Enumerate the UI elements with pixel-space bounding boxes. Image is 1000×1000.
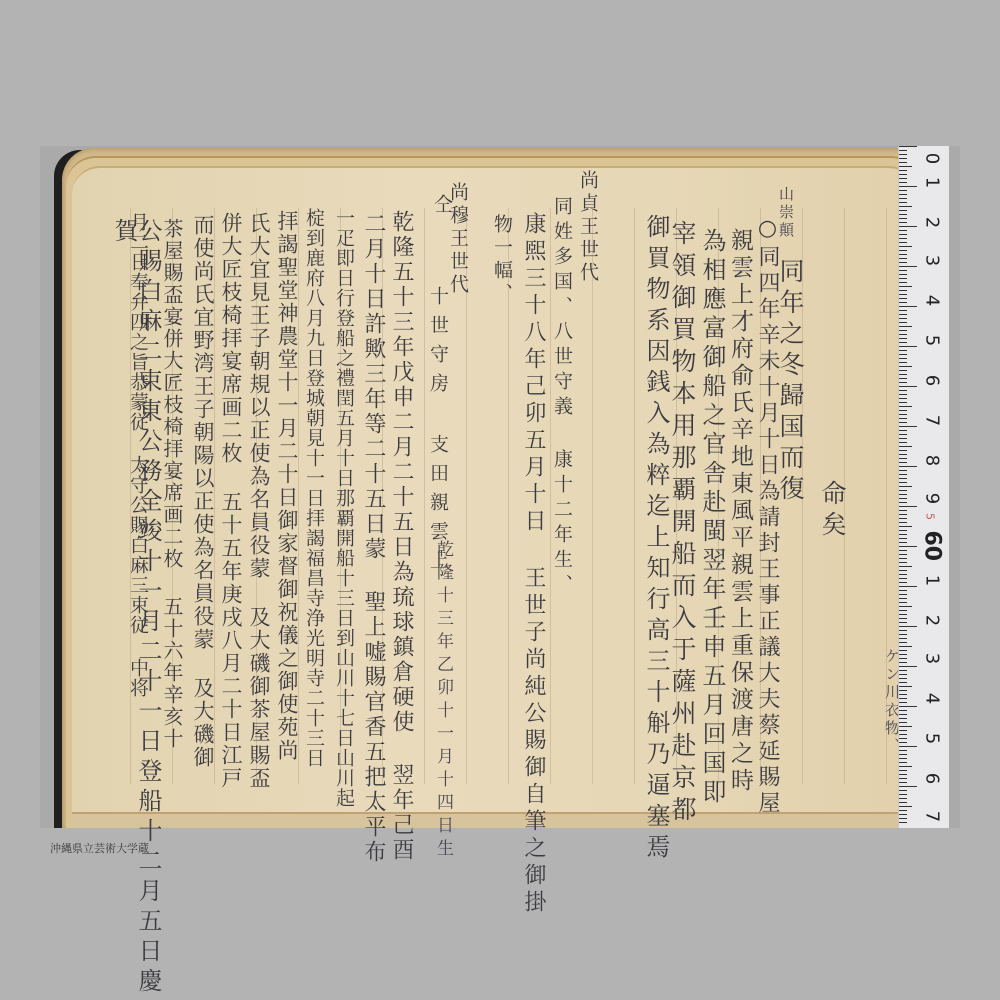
ruler-tick	[899, 726, 912, 727]
ruler-tick	[899, 146, 917, 147]
ruler-tick	[899, 478, 907, 479]
ruler-tick	[899, 810, 907, 811]
ruler-tick	[899, 518, 907, 519]
ruler-tick	[899, 766, 912, 767]
ruler-tick	[899, 718, 907, 719]
ruler-tick	[899, 166, 912, 167]
ruler-tick	[899, 218, 907, 219]
ruler-tick	[899, 330, 907, 331]
ruler-tick	[899, 558, 907, 559]
text-column: 而使尚氏宜野湾王子朝陽以正使為名員役蒙 及大磯御	[192, 214, 213, 769]
ruler-tick	[899, 262, 907, 263]
ruler-tick	[899, 358, 907, 359]
ruler-tick	[899, 402, 907, 403]
ruler-label: 4	[922, 687, 943, 711]
ruler-tick	[899, 314, 907, 315]
text-column: 茶屋賜盃宴併大匠枝椅拝宴席画二枚 五十六年辛亥十	[162, 218, 182, 750]
ruler-tick	[899, 482, 907, 483]
ruler-tick	[899, 450, 907, 451]
ruler-tick	[899, 818, 907, 819]
text-column: 同年之冬歸国而復	[778, 258, 803, 506]
ruler-tick	[899, 670, 907, 671]
text-column: 宰領御買物本用那覇開船而入于薩州赴京都	[670, 220, 695, 828]
ruler-tick	[899, 230, 907, 231]
ruler-tick	[899, 682, 907, 683]
ruler-tick	[899, 338, 907, 339]
ruler-tick	[899, 286, 912, 287]
ruler-tick	[899, 490, 907, 491]
ruler-tick	[899, 742, 907, 743]
text-column: 命矣	[820, 480, 845, 542]
ruler-tick	[899, 750, 907, 751]
ruler-tick	[899, 674, 907, 675]
ruler-tick	[899, 442, 907, 443]
ruler-tick	[899, 398, 907, 399]
ruler-tick	[899, 466, 917, 467]
ruler-tick	[899, 538, 907, 539]
ruler-tick	[899, 390, 907, 391]
ruler-tick	[899, 178, 907, 179]
ruler-tick	[899, 294, 907, 295]
text-column: 氏大宜見王子朝規以正使為名員役蒙 及大磯御茶屋賜盃	[248, 212, 269, 790]
ruler-tick	[899, 474, 907, 475]
text-column: 椗到鹿府八月九日登城朝見十一日拝謁福昌寺浄光明寺二十三日	[304, 208, 323, 768]
ruler-tick	[899, 630, 907, 631]
text-column: 公賜白麻二束東公務全竣十一月二十一日登船十二月五日慶賀	[112, 218, 160, 1000]
ruler-tick	[899, 686, 912, 687]
ruler-tick	[899, 202, 907, 203]
ruler-tick	[899, 498, 907, 499]
ruler-tick	[899, 206, 912, 207]
text-column: 乾隆十三年乙卯十一月十四日生	[434, 540, 451, 862]
ruler-tick	[899, 694, 907, 695]
ruler-tick	[899, 254, 907, 255]
ruler-tick	[899, 798, 907, 799]
ruler-tick	[899, 258, 907, 259]
ruler-tick	[899, 502, 907, 503]
ruler-tick	[899, 702, 907, 703]
ruler-tick	[899, 370, 907, 371]
ruler-tick	[899, 150, 907, 151]
ruler-tick	[899, 754, 907, 755]
ruler-label: 1	[922, 171, 943, 195]
ruler-tick	[899, 794, 907, 795]
ruler-tick	[899, 346, 917, 347]
ruler-tick	[899, 546, 917, 547]
ruler-tick	[899, 734, 907, 735]
text-column: 十世守房 支田親雲上	[428, 286, 447, 579]
text-column: 康煕三十八年己卯五月十日 王世子尚純公賜御自筆之御掛	[522, 212, 544, 917]
ruler-tick	[899, 514, 907, 515]
ruler-tick	[899, 786, 917, 787]
ruler-tick	[899, 302, 907, 303]
ruler-tick	[899, 758, 907, 759]
text-column: 為相應富御船之官舎赴閩翌年壬申五月回国即	[700, 228, 724, 808]
ruler-tick	[899, 602, 907, 603]
ruler-tick	[899, 698, 907, 699]
ruler-tick	[899, 562, 907, 563]
ruler-tick	[899, 598, 907, 599]
ruler-tick	[899, 530, 907, 531]
ruler-tick	[899, 418, 907, 419]
ruler-tick	[899, 322, 907, 323]
ruler-tick	[899, 182, 907, 183]
ruler-tick	[899, 710, 907, 711]
ruler-tick	[899, 594, 907, 595]
ruler-tick	[899, 510, 907, 511]
ruler-label: 2	[922, 211, 943, 235]
text-column: 御買物系因銭入為粹迄上知行高三十斛乃逼塞焉	[644, 214, 668, 865]
ruler-tick	[899, 242, 907, 243]
ruler-tick	[899, 610, 907, 611]
ruler-tick	[899, 790, 907, 791]
ruler-tick	[899, 454, 907, 455]
text-column: 拝謁聖堂神農堂十一月二十日御家督御祝儀之御使苑尚	[276, 210, 297, 762]
ruler-tick	[899, 238, 907, 239]
ruler-tick	[899, 526, 912, 527]
ruler-label: 5	[922, 727, 943, 751]
ruler-tick	[899, 618, 907, 619]
ruler-label: 0	[922, 147, 943, 171]
ruler-tick	[899, 318, 907, 319]
ruler-tick	[899, 706, 917, 707]
ruler-tick	[899, 382, 907, 383]
ruler-tick	[899, 406, 912, 407]
ruler-tick	[899, 426, 917, 427]
ruler-tick	[899, 722, 907, 723]
ruler-tick	[899, 378, 907, 379]
text-column: 二月十日許歟三年等二十五日蒙 聖上嘘賜官香五把太平布	[362, 212, 384, 865]
ruler-tick	[899, 678, 907, 679]
ruler-tick	[899, 586, 917, 587]
ruler-marker: 5	[924, 505, 937, 529]
ruler-tick	[899, 658, 907, 659]
text-column: 一疋即日行登船之禮閏五月十日那覇開船十三日到山川十七日山川起	[334, 208, 353, 808]
ruler-tick	[899, 746, 917, 747]
ruler-tick	[899, 582, 907, 583]
ruler-tick	[899, 566, 912, 567]
ruler-tick	[899, 650, 907, 651]
ruler-tick	[899, 782, 907, 783]
ruler-tick	[899, 414, 907, 415]
ruler-tick	[899, 666, 917, 667]
ruler-tick	[899, 214, 907, 215]
ruler-tick	[899, 614, 907, 615]
ruler-tick	[899, 438, 907, 439]
ruler-tick	[899, 730, 907, 731]
ruler-tick	[899, 822, 907, 823]
ruler-tick	[899, 778, 907, 779]
ruler-label: 60	[920, 531, 945, 555]
text-column: 同姓多国、八世守義 康十二年生、	[552, 196, 571, 599]
ruler-tick	[899, 246, 912, 247]
ruler-label: 7	[922, 409, 943, 433]
ruler-tick	[899, 270, 907, 271]
ruler-tick	[899, 334, 907, 335]
text-column: 仝	[432, 194, 451, 217]
ruler-tick	[899, 198, 907, 199]
ruler-tick	[899, 506, 917, 507]
ruler-tick	[899, 434, 907, 435]
ruler-tick	[899, 574, 907, 575]
ruler-tick	[899, 362, 907, 363]
ruler-tick	[899, 374, 907, 375]
ruler-tick	[899, 802, 907, 803]
ruler-label: 3	[922, 647, 943, 671]
ruler-tick	[899, 578, 907, 579]
ruler-tick	[899, 634, 907, 635]
ruler-tick	[899, 638, 907, 639]
ruler-tick	[899, 486, 912, 487]
ruler-tick	[899, 250, 907, 251]
ruler-tick	[899, 654, 907, 655]
ruler-tick	[899, 714, 907, 715]
ruler-tick	[899, 210, 907, 211]
next-page-edge	[72, 812, 920, 828]
ruler-tick	[899, 170, 907, 171]
text-column: 併大匠枝椅拝宴席画二枚 五十五年庚戌八月二十日江戸	[220, 212, 241, 790]
ruler-tick	[899, 350, 907, 351]
ruler-tick	[899, 622, 907, 623]
ruler-tick	[899, 234, 907, 235]
ruler-tick	[899, 806, 912, 807]
ruler-tick	[899, 814, 907, 815]
ruler-tick	[899, 366, 912, 367]
ruler-tick	[899, 342, 907, 343]
ruler-tick	[899, 430, 907, 431]
side-note: ケン川衣物、	[884, 648, 899, 756]
ruler-tick	[899, 290, 907, 291]
ruler-tick	[899, 274, 907, 275]
ruler-tick	[899, 154, 907, 155]
text-column: 乾隆五十三年戊申二月二十五日為琉球鎮倉硬使 翌年己酉	[390, 210, 412, 863]
ruler-tick	[899, 458, 907, 459]
ruler-tick	[899, 354, 907, 355]
ruler-tick	[899, 494, 907, 495]
ruler-tick	[899, 386, 917, 387]
ruler-tick	[899, 462, 907, 463]
ruler-label: 4	[922, 289, 943, 313]
ruler-tick	[899, 266, 917, 267]
ruler-tick	[899, 770, 907, 771]
ruler-tick	[899, 162, 907, 163]
ruler-tick	[899, 278, 907, 279]
ruler-tick	[899, 194, 907, 195]
ruler-tick	[899, 394, 907, 395]
ruler-tick	[899, 542, 907, 543]
text-column: 親雲上才府俞氏辛地東風平親雲上重保渡唐之時	[728, 228, 751, 795]
ruler-tick	[899, 226, 917, 227]
ruler-tick	[899, 626, 917, 627]
ruler-tick	[899, 298, 907, 299]
ruler-tick	[899, 554, 907, 555]
ruler-tick	[899, 422, 907, 423]
ruler-label: 6	[922, 369, 943, 393]
text-column: 物一幅、	[492, 214, 511, 306]
ruler-tick	[899, 158, 907, 159]
ruler-label: 1	[922, 569, 943, 593]
ruler-tick	[899, 306, 917, 307]
ruler-tick	[899, 222, 907, 223]
ruler-tick	[899, 446, 912, 447]
ruler-tick	[899, 642, 907, 643]
reign-heading: 尚貞王世代	[578, 170, 597, 285]
margin-note: 山崇顛	[778, 186, 793, 240]
ruler-tick	[899, 186, 917, 187]
ruler-label: 8	[922, 449, 943, 473]
ruler-label: 6	[922, 767, 943, 791]
ruler-tick	[899, 550, 907, 551]
ruler-tick	[899, 522, 907, 523]
ruler-label: 3	[922, 249, 943, 273]
ruler-label: 7	[922, 805, 943, 829]
ruler-tick	[899, 590, 907, 591]
ruler-tick	[899, 470, 907, 471]
ruler-tick	[899, 190, 907, 191]
collection-caption: 沖縄県立芸術大学蔵	[50, 840, 149, 856]
ruler-label: 5	[922, 329, 943, 353]
ruler-tick	[899, 534, 907, 535]
ruler-label: 2	[922, 609, 943, 633]
ruler-tick	[899, 738, 907, 739]
ruler-tick	[899, 774, 907, 775]
text-column: ○同四年辛未十月十日為請封王事正議大夫蔡延賜屋	[756, 216, 778, 817]
ruler-tick	[899, 646, 912, 647]
ruler-tick	[899, 410, 907, 411]
ruler-tick	[899, 606, 912, 607]
ruler-tick	[899, 310, 907, 311]
ruler-tick	[899, 690, 907, 691]
ruler-tick	[899, 326, 912, 327]
ruler-tick	[899, 282, 907, 283]
ruler-tick	[899, 174, 907, 175]
ruler-tick	[899, 570, 907, 571]
ruler-tick	[899, 762, 907, 763]
ruler-tick	[899, 662, 907, 663]
